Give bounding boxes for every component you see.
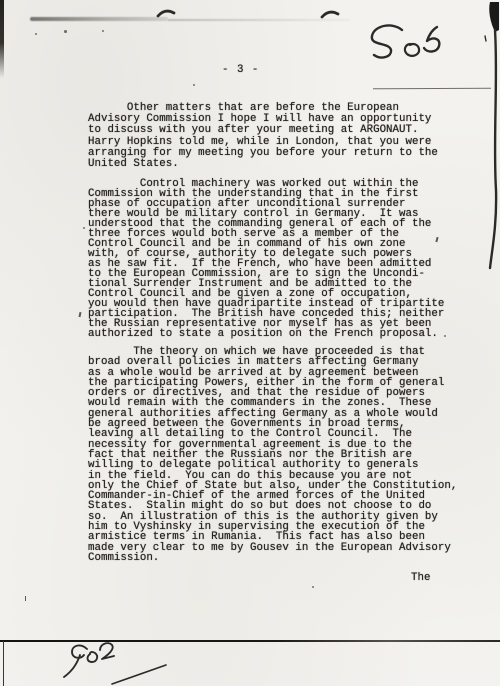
page-number: - 3 - <box>222 64 259 76</box>
paragraph-3: The theory on which we have proceeded is… <box>88 347 457 563</box>
bottom-left-edge-line <box>3 641 5 686</box>
paragraph-2: Control machinery was worked out within … <box>88 179 444 339</box>
ink-tick <box>25 596 26 601</box>
scanned-document-page: - 3 - Other matters that are before the … <box>0 0 500 686</box>
speck <box>193 84 195 86</box>
speck <box>102 30 104 32</box>
speck <box>64 30 67 33</box>
speck <box>444 335 446 337</box>
smudge-line-dark <box>30 17 168 21</box>
paragraph-1: Other matters that are before the Europe… <box>88 103 438 170</box>
speck <box>312 586 314 588</box>
bottom-scan-rule <box>0 640 500 642</box>
thin-rule-top-right <box>373 88 491 90</box>
catchword: The <box>411 572 430 584</box>
speck <box>83 227 85 229</box>
smudge-line-faint <box>168 19 350 21</box>
left-edge-scan-sliver <box>0 0 4 78</box>
speck <box>35 33 37 35</box>
ink-tick <box>78 312 81 317</box>
